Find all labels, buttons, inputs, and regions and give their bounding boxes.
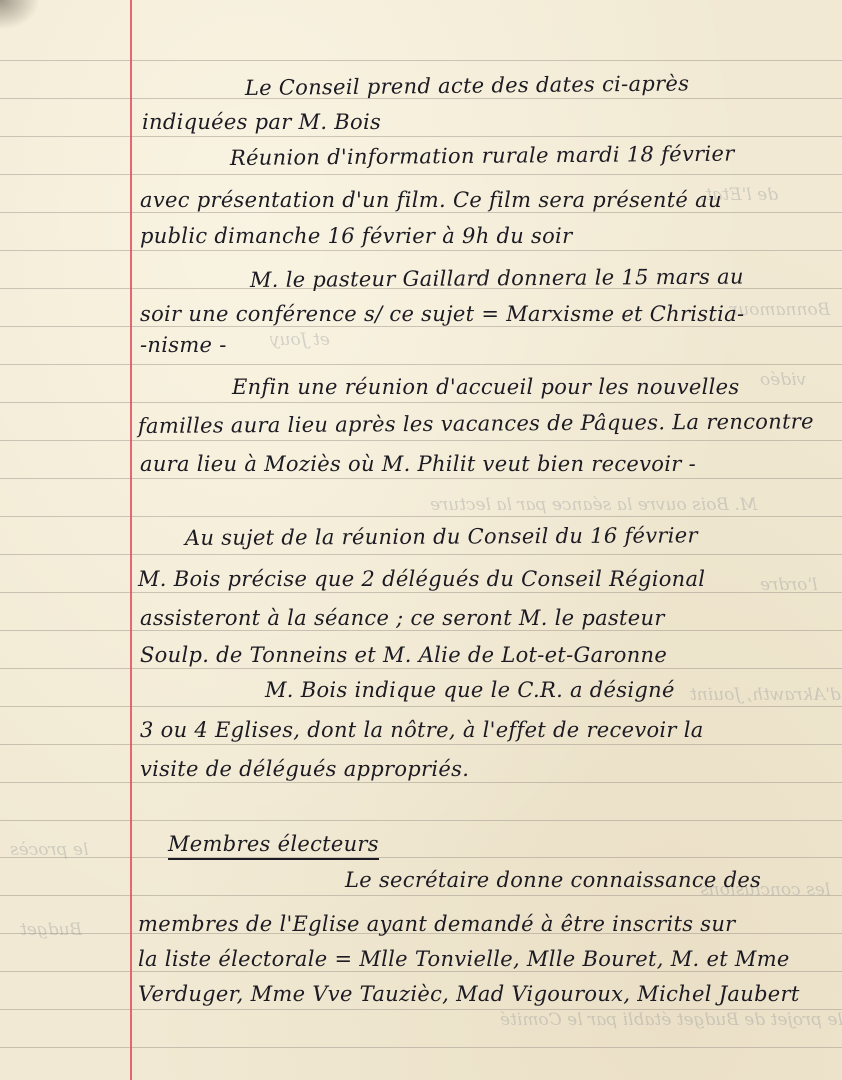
handwritten-line: M. le pasteur Gaillard donnera le 15 mar… <box>250 265 744 292</box>
handwritten-line: M. Bois indique que le C.R. a désigné <box>265 678 675 702</box>
handwritten-line: indiquées par M. Bois <box>142 110 381 134</box>
ruled-line <box>0 440 842 441</box>
ruled-line <box>0 706 842 707</box>
bleed-through-text: l'ordre <box>760 575 818 595</box>
handwritten-line: Au sujet de la réunion du Conseil du 16 … <box>185 523 698 550</box>
ruled-line <box>0 402 842 403</box>
ruled-line <box>0 212 842 213</box>
ruled-line <box>0 630 842 631</box>
bleed-through-text: d'Akrawth, Jouint <box>690 685 841 705</box>
handwritten-line: soir une conférence s/ ce sujet = Marxis… <box>140 302 744 326</box>
handwritten-line: Le secrétaire donne connaissance des <box>345 868 761 892</box>
ruled-line <box>0 744 842 745</box>
ruled-line <box>0 516 842 517</box>
handwritten-line: aura lieu à Moziès où M. Philit veut bie… <box>140 452 696 476</box>
ruled-line <box>0 592 842 593</box>
bleed-through-text: le projet de Budget établi par le Comité <box>500 1010 842 1030</box>
handwritten-line: familles aura lieu après les vacances de… <box>138 409 814 438</box>
handwritten-line: Réunion d'information rurale mardi 18 fé… <box>230 142 735 170</box>
ruled-line <box>0 820 842 821</box>
bleed-through-text: vidéo <box>760 370 806 390</box>
handwritten-line: M. Bois précise que 2 délégués du Consei… <box>138 567 705 591</box>
ruled-line <box>0 782 842 783</box>
page-corner-shadow <box>0 0 40 30</box>
handwritten-line: 3 ou 4 Eglises, dont la nôtre, à l'effet… <box>140 718 704 742</box>
section-heading-membres-electeurs: Membres électeurs <box>168 832 379 860</box>
ruled-line <box>0 668 842 669</box>
handwritten-line: Enfin une réunion d'accueil pour les nou… <box>232 375 739 399</box>
red-margin-line <box>130 0 132 1080</box>
handwritten-line: Verduger, Mme Vve Tauzièc, Mad Vigouroux… <box>138 982 800 1006</box>
handwritten-line: -nisme - <box>140 333 227 357</box>
bleed-through-text: M. Bois ouvre la séance par la lecture <box>430 495 757 515</box>
handwritten-line: la liste électorale = Mlle Tonvielle, Ml… <box>138 947 790 971</box>
ruled-line <box>0 136 842 137</box>
ruled-line <box>0 250 842 251</box>
ruled-line <box>0 857 842 858</box>
handwritten-line: public dimanche 16 février à 9h du soir <box>140 224 572 248</box>
ruled-line <box>0 174 842 175</box>
handwritten-line: membres de l'Eglise ayant demandé à être… <box>138 912 736 936</box>
ruled-line <box>0 554 842 555</box>
ruled-line <box>0 971 842 972</box>
handwritten-line: Soulp. de Tonneins et M. Alie de Lot-et-… <box>140 643 667 667</box>
bleed-through-text: Budget <box>20 920 82 940</box>
ruled-line <box>0 1047 842 1048</box>
handwritten-line: avec présentation d'un film. Ce film ser… <box>140 188 722 212</box>
ruled-line <box>0 60 842 61</box>
ruled-line <box>0 326 842 327</box>
ruled-line <box>0 364 842 365</box>
bleed-through-text: Bonnamour <box>730 300 830 320</box>
bleed-through-text: le procès <box>10 840 88 860</box>
bleed-through-text: et Jouy <box>270 330 330 350</box>
handwritten-line: Le Conseil prend acte des dates ci-après <box>245 71 690 100</box>
handwritten-line: assisteront à la séance ; ce seront M. l… <box>140 606 665 630</box>
notebook-page: de l'Etat, Bonnamour et Jouy vidéo M. Bo… <box>0 0 842 1080</box>
ruled-line <box>0 478 842 479</box>
handwritten-line: visite de délégués appropriés. <box>140 757 469 781</box>
